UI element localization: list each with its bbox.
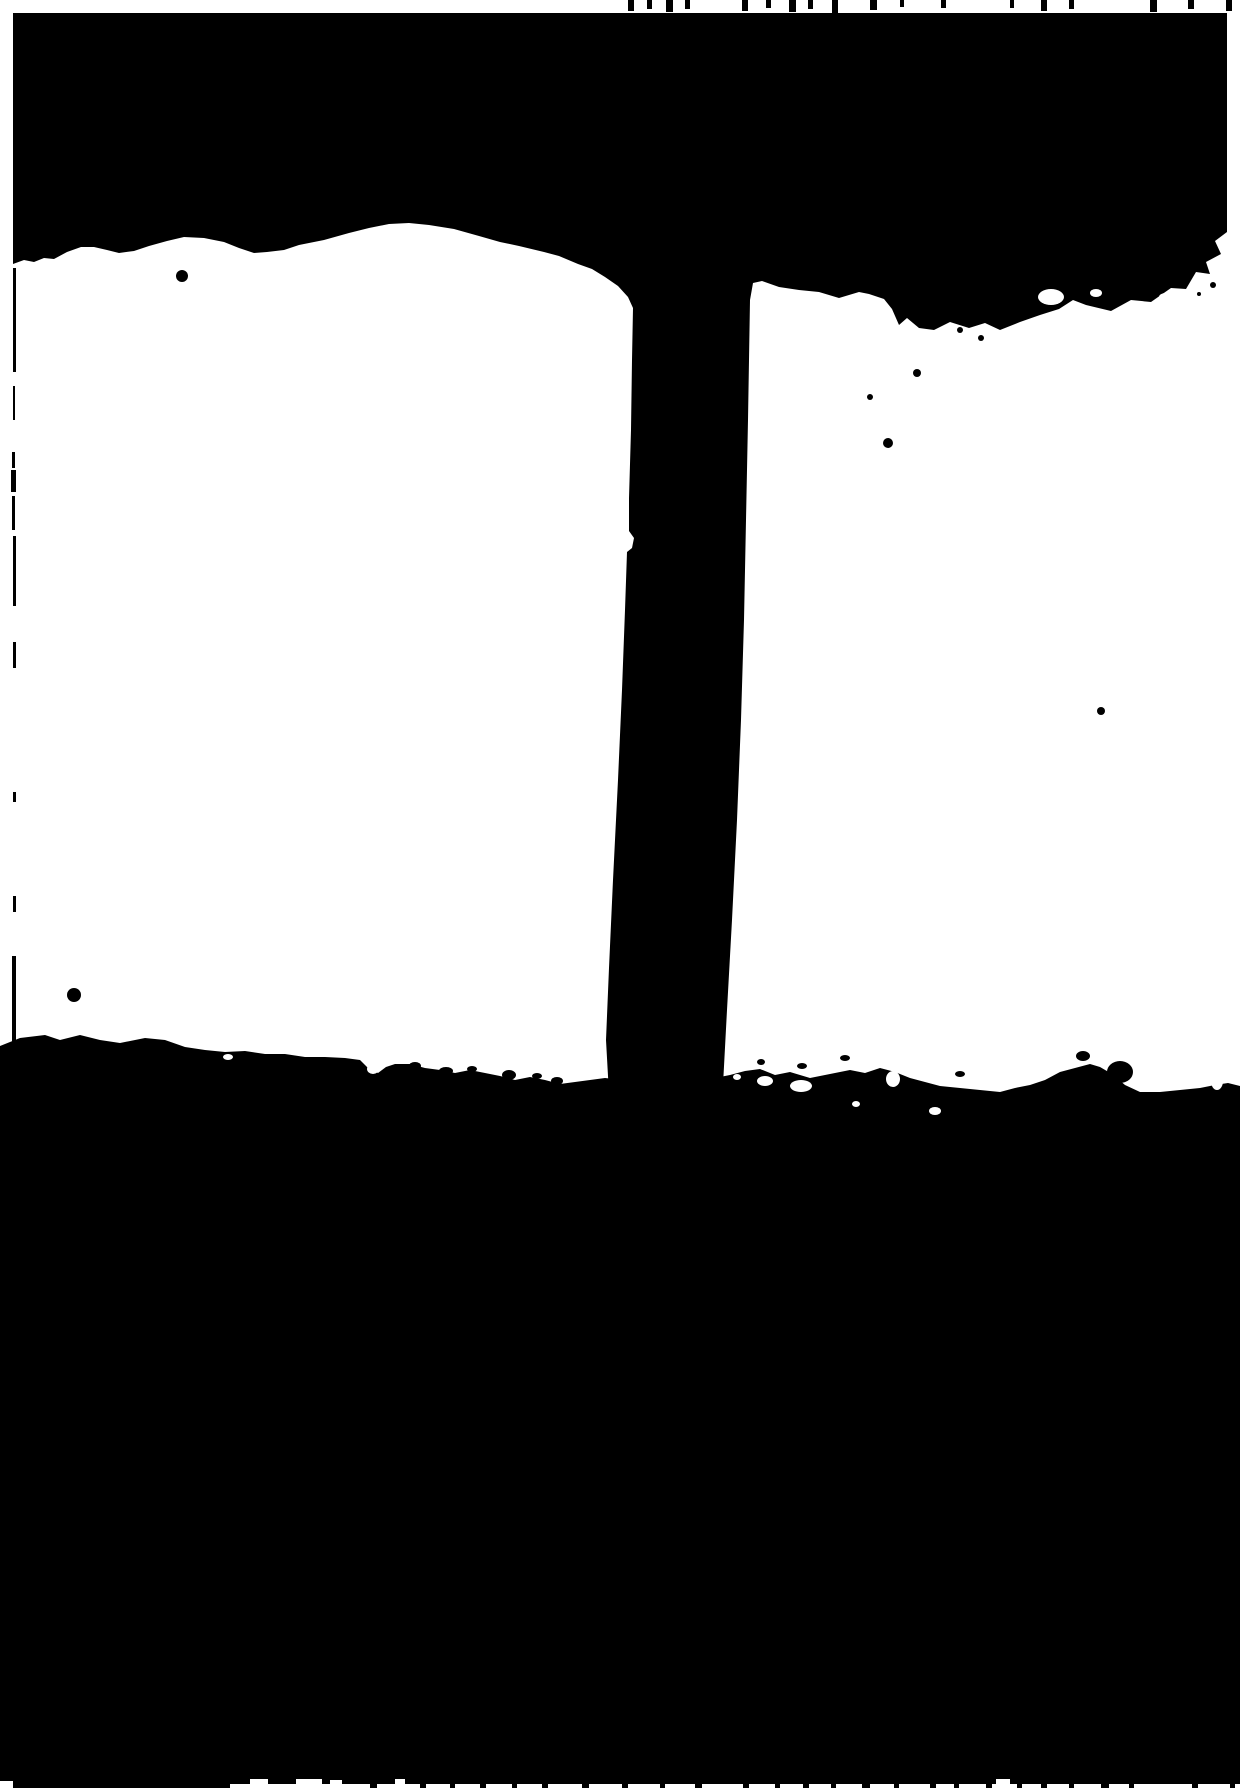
rubble-blob (1107, 1061, 1133, 1083)
black-speck (913, 369, 921, 377)
top-edge-tick (666, 0, 673, 12)
bottom-edge-tick (622, 1783, 628, 1788)
bottom-edge-blob (330, 1780, 342, 1788)
rubble-blob (532, 1073, 542, 1079)
rubble-blob (439, 1067, 453, 1075)
white-hole (852, 1101, 860, 1107)
rubble-blob (467, 1066, 477, 1072)
boundary-white-island (1159, 293, 1173, 301)
bottom-edge-tick (370, 1783, 377, 1788)
black-speck (978, 335, 984, 341)
black-speck (883, 438, 893, 448)
bottom-edge-tick (894, 1783, 899, 1788)
bottom-margin-strip (230, 1784, 1240, 1788)
rubble-blob (551, 1077, 563, 1085)
top-edge-tick (941, 0, 946, 8)
white-hole (1211, 1072, 1223, 1090)
top-edge-tick (1188, 0, 1194, 9)
bottom-edge-tick (512, 1783, 517, 1788)
top-edge-tick (742, 0, 748, 11)
top-edge-tick (766, 0, 771, 8)
black-speck (176, 270, 188, 282)
black-speck (1097, 707, 1105, 715)
left-edge-dash (12, 496, 15, 530)
boundary-white-island (1038, 289, 1064, 305)
top-edge-tick (808, 0, 813, 9)
top-edge-tick (647, 0, 652, 9)
bottom-edge-tick (1041, 1783, 1047, 1788)
bottom-edge-blob (296, 1779, 322, 1788)
black-speck (957, 327, 963, 333)
bottom-edge-blob (0, 1781, 13, 1788)
rubble-blob (409, 1062, 421, 1070)
top-edge-tick (1069, 0, 1074, 9)
top-edge-tick (900, 0, 904, 7)
white-hole (757, 1076, 773, 1086)
bottom-edge-tick (420, 1783, 426, 1788)
top-edge-tick (789, 0, 796, 12)
rubble-blob (955, 1071, 965, 1077)
bottom-edge-blob (250, 1779, 268, 1788)
bottom-edge-tick (660, 1783, 665, 1788)
top-edge-tick (832, 0, 838, 13)
bottom-edge-tick (775, 1783, 780, 1788)
white-hole (929, 1107, 941, 1115)
rubble-blob (797, 1063, 807, 1069)
left-edge-dash (13, 896, 16, 912)
bottom-edge-tick (582, 1783, 589, 1788)
rubble-blob (840, 1055, 850, 1061)
bottom-edge-tick (450, 1783, 455, 1788)
black-speck (1197, 292, 1201, 296)
rubble-blob (1076, 1051, 1090, 1061)
bottom-edge-tick (743, 1783, 749, 1788)
left-edge-dash (12, 956, 16, 1046)
bottom-edge-tick (831, 1783, 836, 1788)
top-edge-tick (1226, 0, 1232, 11)
bottom-edge-tick (1069, 1783, 1074, 1788)
left-edge-dash (13, 268, 16, 372)
black-speck (67, 988, 81, 1002)
rubble-blob (757, 1059, 765, 1065)
bottom-edge-tick (480, 1783, 486, 1788)
micrograph-canvas: Binary micrograph with central keyhole c… (0, 0, 1240, 1788)
bottom-edge-blob (996, 1779, 1010, 1788)
bottom-edge-tick (803, 1783, 809, 1788)
white-hole (733, 1074, 741, 1080)
top-edge-tick (685, 0, 690, 9)
bottom-edge-tick (954, 1783, 959, 1788)
bottom-edge-tick (930, 1783, 936, 1788)
left-edge-dash (11, 470, 16, 492)
bottom-edge-tick (1017, 1783, 1022, 1788)
white-hole (223, 1054, 233, 1060)
bottom-edge-tick (1192, 1783, 1198, 1788)
bottom-edge-tick (1129, 1783, 1134, 1788)
bottom-edge-blob (395, 1779, 405, 1788)
white-hole (790, 1080, 812, 1092)
black-speck (867, 394, 873, 400)
bottom-edge-tick (986, 1783, 992, 1788)
bottom-edge-tick (1230, 1783, 1235, 1788)
white-hole (886, 1071, 900, 1087)
top-edge-tick (870, 0, 877, 10)
lower-substrate (0, 1035, 1240, 1788)
top-edge-tick (1150, 0, 1157, 12)
top-edge-tick (1010, 0, 1014, 8)
left-edge-dash (13, 792, 16, 802)
micrograph-svg (0, 0, 1240, 1788)
black-speck (1210, 282, 1216, 288)
bottom-edge-tick (862, 1783, 870, 1788)
left-edge-dash (13, 536, 16, 606)
white-hole (367, 1064, 379, 1074)
top-edge-tick (1041, 0, 1047, 11)
boundary-white-island (1090, 289, 1102, 297)
bottom-edge-tick (1101, 1783, 1109, 1788)
left-edge-dash (13, 642, 16, 668)
rubble-blob (502, 1070, 516, 1080)
top-edge-tick (628, 0, 634, 11)
bottom-edge-tick (542, 1783, 548, 1788)
left-edge-dash (12, 452, 15, 468)
left-edge-dash (13, 386, 15, 420)
bottom-edge-tick (695, 1783, 702, 1788)
